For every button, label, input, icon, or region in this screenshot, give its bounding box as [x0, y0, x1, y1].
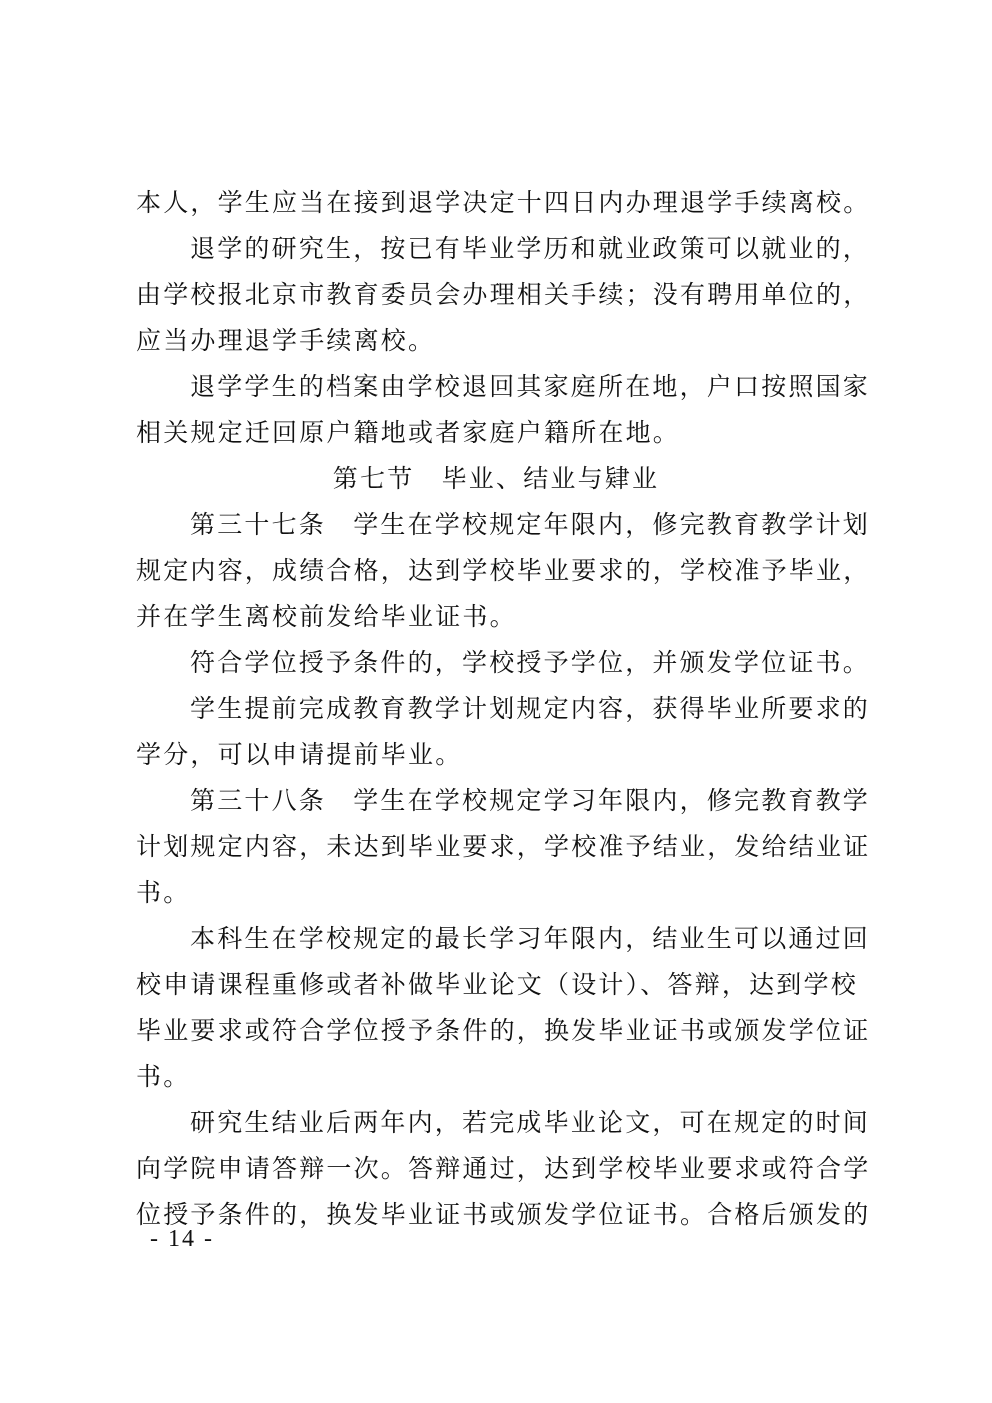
body-text-line: 位授予条件的，换发毕业证书或颁发学位证书。合格后颁发的	[136, 1198, 876, 1232]
body-text-line: 书。	[136, 876, 876, 910]
paragraph-start-line: 符合学位授予条件的，学校授予学位，并颁发学位证书。	[190, 646, 930, 680]
document-page: 本人，学生应当在接到退学决定十四日内办理退学手续离校。 退学的研究生，按已有毕业…	[0, 0, 992, 1403]
paragraph-start-line: 研究生结业后两年内，若完成毕业论文，可在规定的时间	[190, 1106, 930, 1140]
body-text-line: 并在学生离校前发给毕业证书。	[136, 600, 876, 634]
paragraph-start-line: 本科生在学校规定的最长学习年限内，结业生可以通过回	[190, 922, 930, 956]
body-text-line: 由学校报北京市教育委员会办理相关手续；没有聘用单位的，	[136, 278, 876, 312]
body-text-line: 学分，可以申请提前毕业。	[136, 738, 876, 772]
body-text-line: 校申请课程重修或者补做毕业论文（设计）、答辩，达到学校	[136, 968, 876, 1002]
body-text-line: 规定内容，成绩合格，达到学校毕业要求的，学校准予毕业，	[136, 554, 876, 588]
section-heading: 第七节 毕业、结业与肄业	[0, 462, 992, 496]
paragraph-start-line: 退学学生的档案由学校退回其家庭所在地，户口按照国家	[190, 370, 930, 404]
body-text-line: 毕业要求或符合学位授予条件的，换发毕业证书或颁发学位证	[136, 1014, 876, 1048]
body-text-line: 本人，学生应当在接到退学决定十四日内办理退学手续离校。	[136, 186, 876, 220]
body-text-line: 书。	[136, 1060, 876, 1094]
article-37-line: 第三十七条 学生在学校规定年限内，修完教育教学计划	[190, 508, 930, 542]
paragraph-start-line: 学生提前完成教育教学计划规定内容，获得毕业所要求的	[190, 692, 930, 726]
article-38-line: 第三十八条 学生在学校规定学习年限内，修完教育教学	[190, 784, 930, 818]
paragraph-start-line: 退学的研究生，按已有毕业学历和就业政策可以就业的，	[190, 232, 930, 266]
body-text-line: 应当办理退学手续离校。	[136, 324, 876, 358]
body-text-line: 计划规定内容，未达到毕业要求，学校准予结业，发给结业证	[136, 830, 876, 864]
body-text-line: 向学院申请答辩一次。答辩通过，达到学校毕业要求或符合学	[136, 1152, 876, 1186]
body-text-line: 相关规定迁回原户籍地或者家庭户籍所在地。	[136, 416, 876, 450]
page-number: - 14 -	[150, 1224, 214, 1254]
